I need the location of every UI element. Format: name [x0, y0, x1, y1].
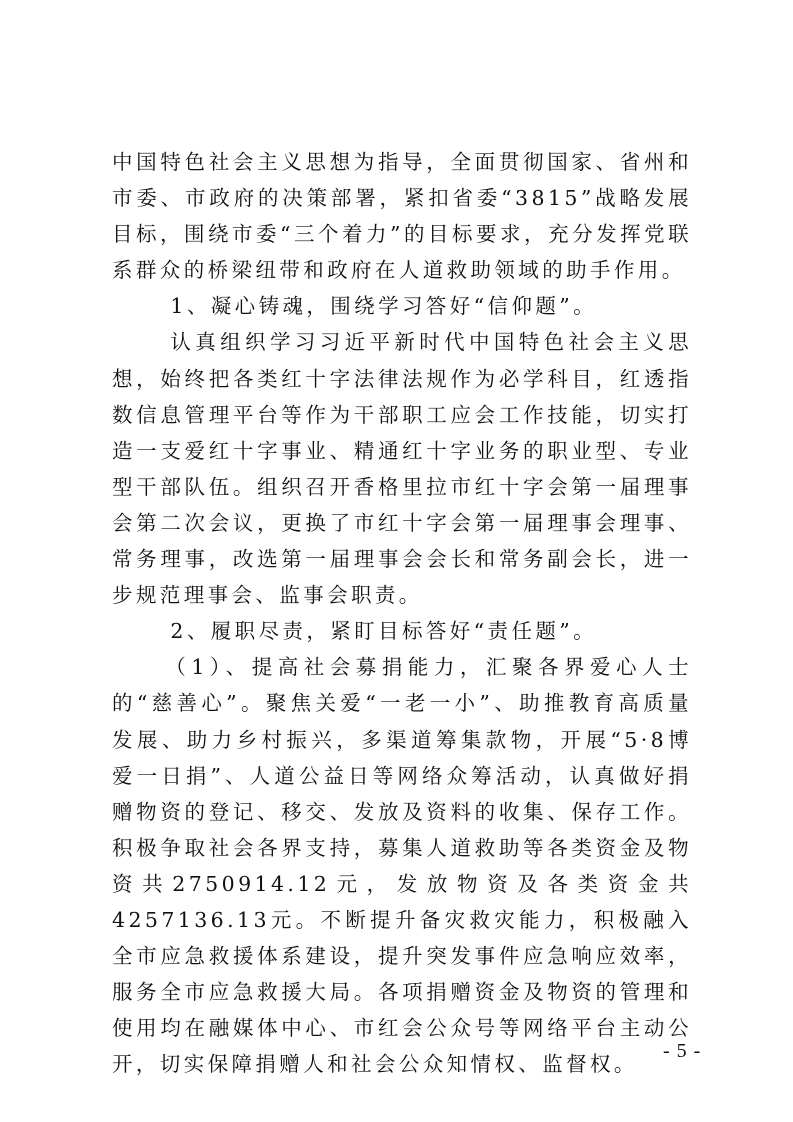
section-heading-1: 1、凝心铸魂，围绕学习答好“信仰题”。: [112, 288, 692, 324]
section-heading-2: 2、履职尽责，紧盯目标答好“责任题”。: [112, 613, 692, 649]
paragraph-intro-continuation: 中国特色社会主义思想为指导，全面贯彻国家、省州和市委、市政府的决策部署，紧扣省委…: [112, 144, 692, 288]
page-number: - 5 -: [663, 1040, 701, 1063]
paragraph-fundraising: （1）、提高社会募捐能力，汇聚各界爱心人士的“慈善心”。聚焦关爱“一老一小”、助…: [112, 649, 692, 1082]
paragraph-study: 认真组织学习习近平新时代中国特色社会主义思想，始终把各类红十字法律法规作为必学科…: [112, 324, 692, 613]
document-body: 中国特色社会主义思想为指导，全面贯彻国家、省州和市委、市政府的决策部署，紧扣省委…: [112, 144, 692, 1082]
